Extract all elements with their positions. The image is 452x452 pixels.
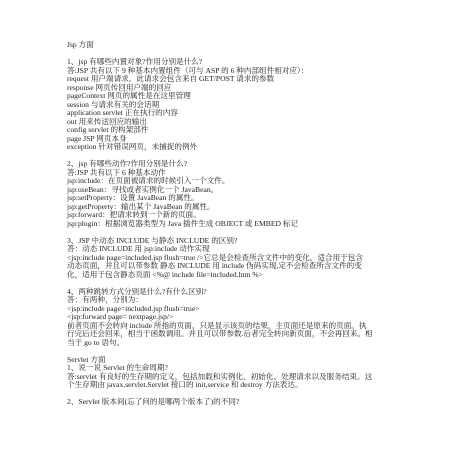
document-text-block: Jsp 方面 1、jsp 有哪些内置对象?作用分别是什么? 答:JSP 共有以下… bbox=[67, 41, 407, 407]
doc-line: 个生存期由 javax.servlet.Servlet 接口的 init,ser… bbox=[67, 381, 407, 390]
doc-line: 当于 go to 语句。 bbox=[67, 339, 407, 348]
doc-line: 化，适用于包含静态页面 <%@ include file=included.ht… bbox=[67, 271, 407, 280]
doc-heading-jsp: Jsp 方面 bbox=[67, 41, 407, 50]
doc-line: exception 针对错误网页，未捕捉的例外 bbox=[67, 143, 407, 152]
document-page: Jsp 方面 1、jsp 有哪些内置对象?作用分别是什么? 答:JSP 共有以下… bbox=[0, 0, 452, 452]
doc-question-servlet-2: 2、Servlet 版本间(忘了问的是哪两个版本了)的不同? bbox=[67, 398, 407, 407]
doc-line: jsp:plugin：根据浏览器类型为 Java 插件生成 OBJECT 或 E… bbox=[67, 220, 407, 229]
doc-blank-line bbox=[67, 347, 407, 356]
